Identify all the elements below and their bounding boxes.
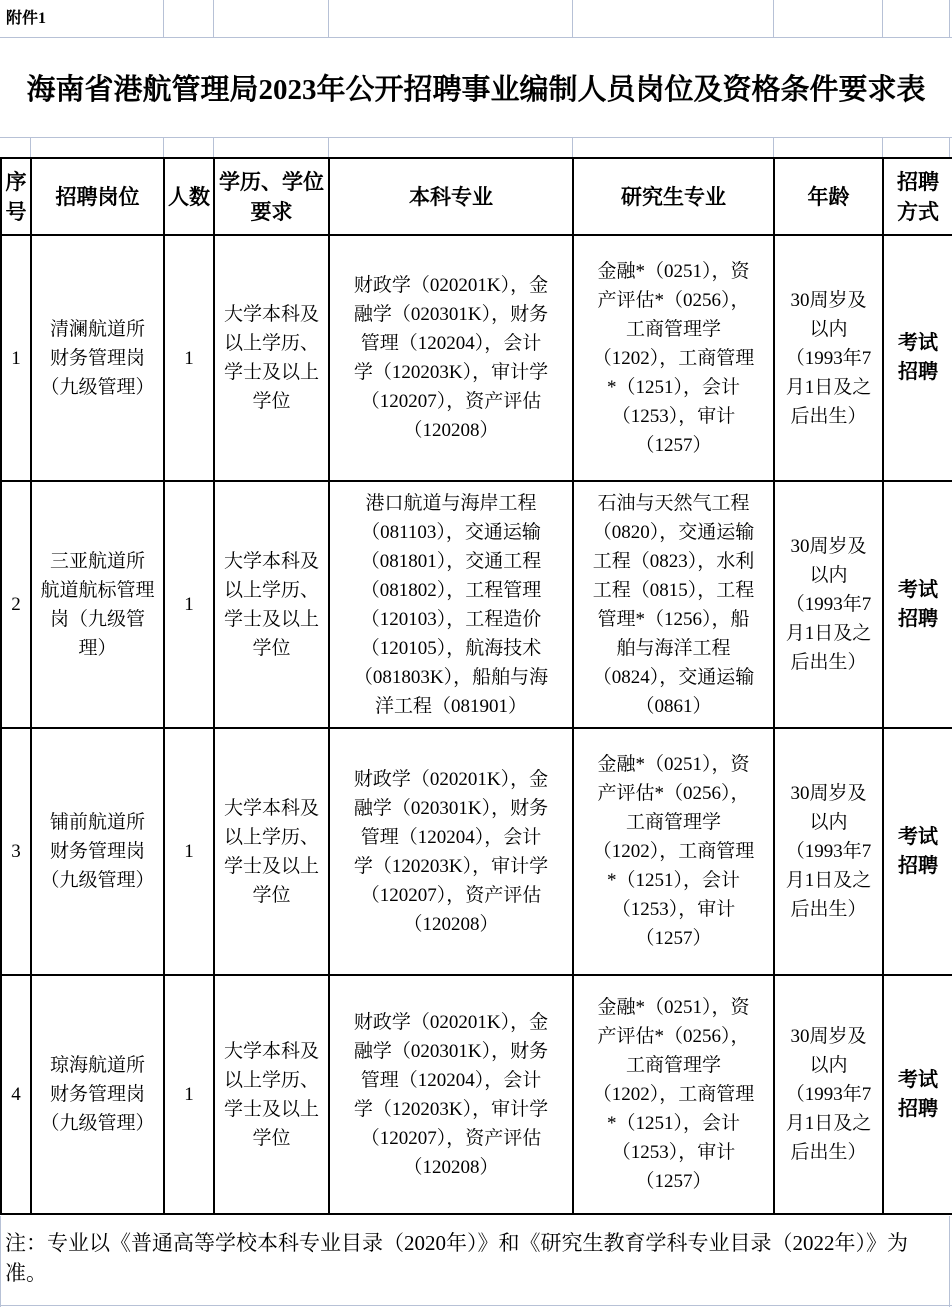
gridline [773, 0, 774, 37]
serial-cell: 1 [1, 235, 31, 481]
position-cell: 三亚航道所 航道航标管理 岗（九级管 理） [31, 481, 164, 728]
gridline [773, 137, 774, 158]
serial-cell: 2 [1, 481, 31, 728]
education-cell: 大学本科及 以上学历、 学士及以上 学位 [214, 235, 329, 481]
graduate-majors-cell: 金融*（0251），资 产评估*（0256）， 工商管理学 （1202），工商管… [573, 975, 774, 1214]
header-serial: 序号 [1, 158, 31, 235]
gridline [0, 1216, 1, 1307]
gridline [213, 0, 214, 37]
gridline [572, 0, 573, 37]
header-undergrad: 本科专业 [329, 158, 573, 235]
count-cell: 1 [164, 975, 214, 1214]
table-row: 3 铺前航道所 财务管理岗 （九级管理） 1 大学本科及 以上学历、 学士及以上… [1, 728, 952, 975]
header-method: 招聘 方式 [883, 158, 952, 235]
gridline [882, 0, 883, 37]
table-header-row: 序号 招聘岗位 人数 学历、学位 要求 本科专业 研究生专业 年龄 招聘 方式 [1, 158, 952, 235]
serial-cell: 3 [1, 728, 31, 975]
header-position: 招聘岗位 [31, 158, 164, 235]
position-cell: 清澜航道所 财务管理岗 （九级管理） [31, 235, 164, 481]
graduate-majors-cell: 石油与天然气工程 （0820），交通运输 工程（0823），水利 工程（0815… [573, 481, 774, 728]
undergrad-majors-cell: 财政学（020201K），金 融学（020301K），财务 管理（120204）… [329, 235, 573, 481]
graduate-majors-cell: 金融*（0251），资 产评估*（0256）， 工商管理学 （1202），工商管… [573, 235, 774, 481]
method-cell: 考试 招聘 [883, 235, 952, 481]
age-cell: 30周岁及 以内 （1993年7 月1日及之 后出生） [774, 235, 883, 481]
undergrad-majors-cell: 财政学（020201K），金 融学（020301K），财务 管理（120204）… [329, 975, 573, 1214]
education-cell: 大学本科及 以上学历、 学士及以上 学位 [214, 728, 329, 975]
page: 附件1 海南省港航管理局2023年公开招聘事业编制人员岗位及资格条件要求表 序号… [0, 0, 952, 1307]
page-title: 海南省港航管理局2023年公开招聘事业编制人员岗位及资格条件要求表 [0, 37, 952, 137]
gridline [949, 0, 950, 37]
table-row: 2 三亚航道所 航道航标管理 岗（九级管 理） 1 大学本科及 以上学历、 学士… [1, 481, 952, 728]
recruitment-table: 序号 招聘岗位 人数 学历、学位 要求 本科专业 研究生专业 年龄 招聘 方式 … [0, 157, 952, 1215]
gridline [572, 137, 573, 158]
method-cell: 考试 招聘 [883, 975, 952, 1214]
gridline [0, 1305, 952, 1306]
count-cell: 1 [164, 235, 214, 481]
undergrad-majors-cell: 财政学（020201K），金 融学（020301K），财务 管理（120204）… [329, 728, 573, 975]
gridline [163, 0, 164, 37]
position-cell: 铺前航道所 财务管理岗 （九级管理） [31, 728, 164, 975]
header-graduate: 研究生专业 [573, 158, 774, 235]
header-education: 学历、学位 要求 [214, 158, 329, 235]
age-cell: 30周岁及 以内 （1993年7 月1日及之 后出生） [774, 975, 883, 1214]
gridline [213, 137, 214, 158]
education-cell: 大学本科及 以上学历、 学士及以上 学位 [214, 975, 329, 1214]
gridline [0, 137, 952, 138]
attachment-label: 附件1 [6, 7, 46, 31]
gridline [30, 137, 31, 158]
position-cell: 琼海航道所 财务管理岗 （九级管理） [31, 975, 164, 1214]
serial-cell: 4 [1, 975, 31, 1214]
gridline [163, 137, 164, 158]
header-count: 人数 [164, 158, 214, 235]
age-cell: 30周岁及 以内 （1993年7 月1日及之 后出生） [774, 481, 883, 728]
age-cell: 30周岁及 以内 （1993年7 月1日及之 后出生） [774, 728, 883, 975]
gridline [328, 137, 329, 158]
footnote: 注：专业以《普通高等学校本科专业目录（2020年）》和《研究生教育学科专业目录（… [5, 1228, 950, 1288]
method-cell: 考试 招聘 [883, 481, 952, 728]
method-cell: 考试 招聘 [883, 728, 952, 975]
table-row: 4 琼海航道所 财务管理岗 （九级管理） 1 大学本科及 以上学历、 学士及以上… [1, 975, 952, 1214]
undergrad-majors-cell: 港口航道与海岸工程 （081103），交通运输 （081801），交通工程 （0… [329, 481, 573, 728]
header-age: 年龄 [774, 158, 883, 235]
count-cell: 1 [164, 728, 214, 975]
gridline [882, 137, 883, 158]
graduate-majors-cell: 金融*（0251），资 产评估*（0256）， 工商管理学 （1202），工商管… [573, 728, 774, 975]
count-cell: 1 [164, 481, 214, 728]
table-row: 1 清澜航道所 财务管理岗 （九级管理） 1 大学本科及 以上学历、 学士及以上… [1, 235, 952, 481]
gridline [949, 137, 950, 158]
gridline [328, 0, 329, 37]
education-cell: 大学本科及 以上学历、 学士及以上 学位 [214, 481, 329, 728]
